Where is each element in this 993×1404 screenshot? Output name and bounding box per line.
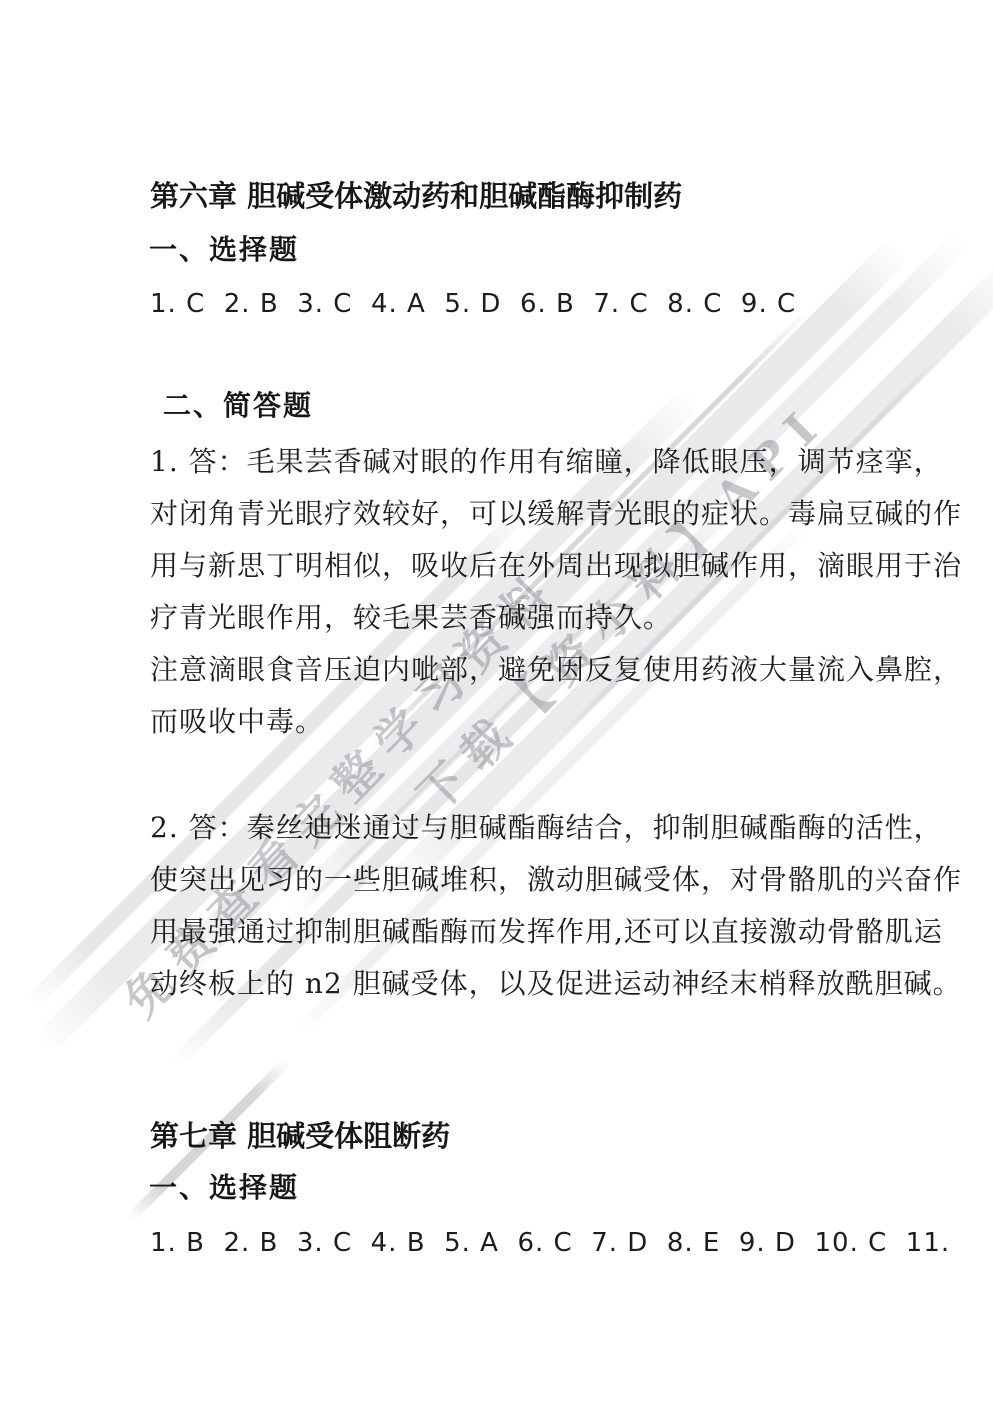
- document-content: 第六章 胆碱受体激动药和胆碱酯酶抑制药 一、选择题 1. C 2. B 3. C…: [0, 0, 993, 1404]
- answer1-line: 对闭角青光眼疗效较好，可以缓解青光眼的症状。毒扁豆碱的作: [150, 498, 962, 530]
- chapter6-saq-heading: 二、简答题: [163, 390, 313, 422]
- answer1-line: 1. 答：毛果芸香碱对眼的作用有缩瞳，降低眼压，调节痉挛，: [150, 446, 943, 478]
- answer1-line: 疗青光眼作用，较毛果芸香碱强而持久。: [150, 602, 672, 634]
- chapter7-mcq-heading: 一、选择题: [149, 1172, 299, 1204]
- chapter6-title: 第六章 胆碱受体激动药和胆碱酯酶抑制药: [150, 180, 682, 213]
- chapter7-mcq-answers: 1. B 2. B 3. C 4. B 5. A 6. C 7. D 8. E …: [150, 1229, 950, 1259]
- answer2-line: 使突出见习的一些胆碱堆积，激动胆碱受体，对骨骼肌的兴奋作: [150, 864, 962, 896]
- answer2-line: 2. 答：秦丝迪迷通过与胆碱酯酶结合，抑制胆碱酯酶的活性，: [150, 812, 943, 844]
- answer2-line: 用最强通过抑制胆碱酯酶而发挥作用,还可以直接激动骨骼肌运: [150, 916, 943, 948]
- answer1-line: 注意滴眼食音压迫内呲部，避免因反复使用药液大量流入鼻腔，: [150, 654, 962, 686]
- document-page: 免费查看完整学习资料 下载【资小料】API 第六章 胆碱受体激动药和胆碱酯酶抑制…: [0, 0, 993, 1404]
- answer2-line: 动终板上的 n2 胆碱受体，以及促进运动神经末梢释放酰胆碱。: [150, 968, 962, 1000]
- answer1-line: 用与新思丁明相似，吸收后在外周出现拟胆碱作用，滴眼用于治: [150, 550, 962, 582]
- chapter6-mcq-heading: 一、选择题: [149, 234, 299, 266]
- chapter7-title: 第七章 胆碱受体阻断药: [150, 1120, 450, 1153]
- chapter6-mcq-answers: 1. C 2. B 3. C 4. A 5. D 6. B 7. C 8. C …: [150, 290, 796, 320]
- answer1-line: 而吸收中毒。: [150, 706, 324, 738]
